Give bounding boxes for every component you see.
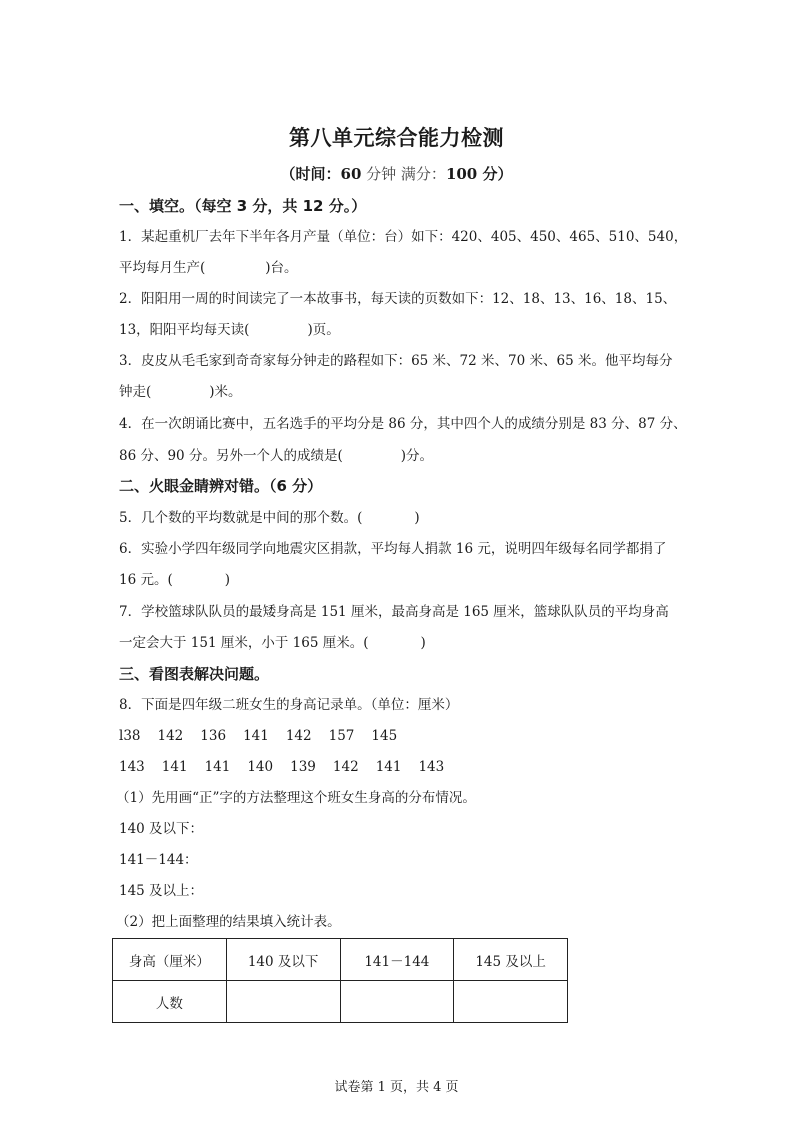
question-2-line-2: 13，阳阳平均每天读()页。 <box>119 320 340 340</box>
page-footer: 试卷第 1 页，共 4 页 <box>0 1076 793 1095</box>
question-1-line-1: 1．某起重机厂去年下半年各月产量（单位：台）如下：420、405、450、465… <box>119 227 687 247</box>
exam-page: 第八单元综合能力检测 （时间：60 分钟 满分：100 分） 一、填空。（每空 … <box>0 0 793 1122</box>
q6-suffix: ) <box>225 572 230 588</box>
section-heading-fill-blank: 一、填空。（每空 3 分，共 12 分。） <box>119 196 366 216</box>
question-6-line-1: 6．实验小学四年级同学向地震灾区捐款，平均每人捐款 16 元，说明四年级每名同学… <box>119 539 666 559</box>
q7-prefix: 一定会大于 151 厘米，小于 165 厘米。( <box>119 635 368 651</box>
q2-suffix: )页。 <box>307 322 339 338</box>
height-value: 142 <box>158 726 184 746</box>
question-5-line-1: 5．几个数的平均数就是中间的那个数。() <box>119 508 420 528</box>
height-value: 139 <box>290 757 316 777</box>
q4-prefix: 86 分、90 分。另外一个人的成绩是( <box>119 448 343 464</box>
q1-suffix: )台。 <box>265 260 297 276</box>
height-record-row-2: 143141141140139142141143 <box>119 757 461 777</box>
height-value: 143 <box>418 757 444 777</box>
table-header-cell: 141－144 <box>340 939 454 981</box>
page-title: 第八单元综合能力检测 <box>0 122 793 152</box>
time-value: 60 <box>341 165 362 183</box>
height-value: 140 <box>247 757 273 777</box>
question-8-part-2: （2）把上面整理的结果填入统计表。 <box>116 912 341 932</box>
height-value: 142 <box>286 726 312 746</box>
table-row: 人数 <box>113 981 568 1023</box>
height-value: 141 <box>376 757 402 777</box>
q6-prefix: 16 元。( <box>119 572 173 588</box>
question-7-line-1: 7．学校篮球队队员的最矮身高是 151 厘米，最高身高是 165 厘米，篮球队队… <box>119 602 669 622</box>
table-answer-cell[interactable] <box>340 981 454 1023</box>
meta-open: （时间： <box>281 165 341 183</box>
tally-141-144[interactable]: 141－144： <box>119 850 198 870</box>
q5-prefix: 5．几个数的平均数就是中间的那个数。( <box>119 510 362 526</box>
score-value: 100 <box>446 165 477 183</box>
height-value: 136 <box>200 726 226 746</box>
question-3-line-1: 3．皮皮从毛毛家到奇奇家每分钟走的路程如下：65 米、72 米、70 米、65 … <box>119 351 672 371</box>
table-answer-cell[interactable] <box>454 981 568 1023</box>
height-value: 141 <box>162 757 188 777</box>
table-header-row: 身高（厘米） 140 及以下 141－144 145 及以上 <box>113 939 568 981</box>
height-value: 141 <box>243 726 269 746</box>
table-header-cell: 身高（厘米） <box>113 939 227 981</box>
question-8-intro: 8．下面是四年级二班女生的身高记录单。（单位：厘米） <box>119 695 458 715</box>
section-heading-chart-problems: 三、看图表解决问题。 <box>119 664 269 684</box>
height-value: 143 <box>119 757 145 777</box>
question-1-line-2: 平均每月生产()台。 <box>119 258 298 278</box>
q1-prefix: 平均每月生产( <box>119 260 205 276</box>
q2-prefix: 13，阳阳平均每天读( <box>119 322 249 338</box>
height-value: 142 <box>333 757 359 777</box>
height-value: 141 <box>205 757 231 777</box>
section-heading-true-false: 二、火眼金睛辨对错。（6 分） <box>119 476 322 496</box>
question-3-line-2: 钟走()米。 <box>119 382 242 402</box>
tally-145-and-above[interactable]: 145 及以上： <box>119 881 203 901</box>
height-value: l38 <box>119 726 141 746</box>
table-row-label: 人数 <box>113 981 227 1023</box>
height-record-row-1: l38142136141142157145 <box>119 726 414 746</box>
tally-140-and-below[interactable]: 140 及以下： <box>119 819 203 839</box>
table-answer-cell[interactable] <box>226 981 340 1023</box>
table-header-cell: 145 及以上 <box>454 939 568 981</box>
question-2-line-1: 2．阳阳用一周的时间读完了一本故事书，每天读的页数如下：12、18、13、16、… <box>119 289 676 309</box>
exam-meta: （时间：60 分钟 满分：100 分） <box>0 163 793 184</box>
question-6-line-2: 16 元。() <box>119 570 230 590</box>
q4-suffix: )分。 <box>401 448 433 464</box>
height-value: 157 <box>329 726 355 746</box>
table-header-cell: 140 及以下 <box>226 939 340 981</box>
question-8-part-1: （1）先用画“正”字的方法整理这个班女生身高的分布情况。 <box>116 788 476 808</box>
question-7-line-2: 一定会大于 151 厘米，小于 165 厘米。() <box>119 633 426 653</box>
q5-suffix: ) <box>414 510 419 526</box>
q3-prefix: 钟走( <box>119 384 151 400</box>
question-4-line-2: 86 分、90 分。另外一个人的成绩是()分。 <box>119 446 433 466</box>
time-unit: 分钟 满分： <box>361 165 446 183</box>
q7-suffix: ) <box>420 635 425 651</box>
height-value: 145 <box>371 726 397 746</box>
statistics-table: 身高（厘米） 140 及以下 141－144 145 及以上 人数 <box>112 938 568 1023</box>
score-unit: 分） <box>477 165 512 183</box>
question-4-line-1: 4．在一次朗诵比赛中，五名选手的平均分是 86 分，其中四个人的成绩分别是 83… <box>119 414 687 434</box>
q3-suffix: )米。 <box>209 384 241 400</box>
